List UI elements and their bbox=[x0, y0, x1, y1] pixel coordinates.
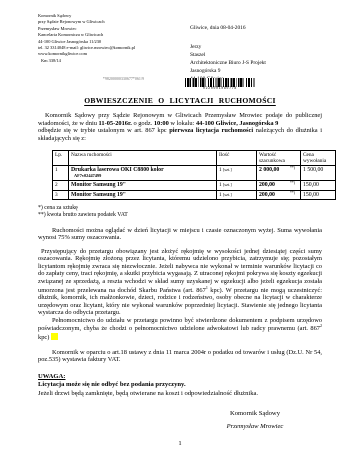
sender-block: Komornik Sądowy przy Sądzie Rejonowym w … bbox=[38, 13, 135, 64]
item-serial: AF7v02447499 bbox=[71, 174, 214, 179]
auction-date: 11-05-2016r. bbox=[99, 120, 132, 127]
item-value: 200,00 bbox=[259, 192, 275, 199]
qty-unit: [szt.] bbox=[223, 182, 232, 187]
cell-value: 200,00**) bbox=[257, 190, 301, 200]
value-note-ref: **) bbox=[290, 167, 295, 174]
case-number: Km 338/14 bbox=[38, 58, 135, 64]
footnotes: *) cena za sztukę **) kwota brutto zawie… bbox=[38, 205, 322, 219]
footnote: **) kwota brutto zawiera podatek VAT bbox=[38, 212, 322, 219]
paragraph-text: Pełnomocnictwo do udziału w przetargu po… bbox=[38, 317, 322, 333]
cell-lp: 3 bbox=[53, 190, 69, 200]
item-value: 2 000,00 bbox=[259, 167, 279, 174]
value-note-ref: **) bbox=[290, 192, 295, 199]
header-price: Cenawywołania bbox=[301, 151, 336, 166]
recipient-line: Architektoniczne Biuro J-S Projekt bbox=[190, 59, 266, 67]
cell-name: Monitor Samsung 19" bbox=[69, 190, 217, 200]
cell-price: 150,00 bbox=[301, 190, 336, 200]
header-name: Nazwa ruchomości bbox=[69, 151, 217, 166]
table-row: 3 Monitor Samsung 19" 1 [szt.] 200,00**)… bbox=[53, 190, 336, 200]
notice-line1: Licytacja może się nie odbyć bez podania… bbox=[38, 381, 322, 389]
value-note-ref: **) bbox=[290, 182, 295, 189]
barcode: 0220001080778 bbox=[185, 78, 255, 90]
paragraph-proxy: Pełnomocnictwo do udziału w przetargu po… bbox=[38, 317, 322, 342]
cell-qty: 1 [szt.] bbox=[217, 180, 257, 190]
goods-table: Lp. Nazwa ruchomości Ilość Wartośćszacun… bbox=[52, 150, 336, 200]
cell-qty: 1 [szt.] bbox=[217, 190, 257, 200]
cell-name: Monitor Samsung 19" bbox=[69, 180, 217, 190]
document-page: Komornik Sądowy przy Sądzie Rejonowym w … bbox=[0, 0, 360, 466]
header-value: Wartośćszacunkowa bbox=[257, 151, 301, 166]
table-row: 1 Drukarka laserowa OKI C8800 kolorAF7v0… bbox=[53, 166, 336, 181]
date-line: Gliwice, dnia 08-04-2016 bbox=[190, 25, 246, 31]
header-lp: Lp. bbox=[53, 151, 69, 166]
item-value: 200,00 bbox=[259, 182, 275, 189]
cell-value: 2 000,00**) bbox=[257, 166, 301, 181]
qty-number: 1 bbox=[219, 192, 222, 198]
highlight-mark bbox=[51, 333, 58, 340]
auction-address: 44-100 Gliwice, Jasnogórska 9 bbox=[196, 120, 278, 127]
notice-line2: Jeżeli drzwi będą zamknięte, będą otwier… bbox=[38, 390, 322, 398]
qty-number: 1 bbox=[219, 182, 222, 188]
document-title: OBWIESZCZENIE O LICYTACJI RUCHOMOŚCI bbox=[0, 96, 360, 105]
document-body: Komornik Sądowy przy Sądzie Rejonowym w … bbox=[38, 112, 322, 398]
recipient-line: Staszel bbox=[190, 51, 266, 59]
header-price-line2: wywołania bbox=[303, 158, 333, 164]
recipient-line: Jasnogórska 9 bbox=[190, 67, 266, 75]
barcode-digits: 0220001080778 bbox=[185, 87, 255, 90]
recipient-line: Jerzy bbox=[190, 43, 266, 51]
notice-title: UWAGA: bbox=[38, 373, 322, 381]
notice-block: UWAGA: Licytacja może się nie odbyć bez … bbox=[38, 373, 322, 398]
signature-role: Komornik Sądowy bbox=[200, 410, 310, 417]
intro-text: w lokalu: bbox=[169, 120, 196, 127]
cell-price: 1 500,00 bbox=[301, 166, 336, 181]
statute-superscript: 2 bbox=[320, 323, 322, 328]
cell-name: Drukarka laserowa OKI C8800 kolorAF7v024… bbox=[69, 166, 217, 181]
header-qty: Ilość bbox=[217, 151, 257, 166]
header-value-line2: szacunkowa bbox=[259, 158, 298, 164]
cell-lp: 1 bbox=[53, 166, 69, 181]
cell-qty: 1 [szt.] bbox=[217, 166, 257, 181]
paragraph-text: kpc) bbox=[38, 334, 49, 341]
signature-name: Przemysław Mrowiec bbox=[195, 423, 315, 430]
table-header-row: Lp. Nazwa ruchomości Ilość Wartośćszacun… bbox=[53, 151, 336, 166]
auction-time: 10:00 bbox=[154, 120, 169, 127]
item-name: Monitor Samsung 19" bbox=[71, 182, 214, 189]
paragraph-deposit: Przystępujący do przetargu obowiązany je… bbox=[38, 248, 322, 317]
cell-price: 150,00 bbox=[301, 180, 336, 190]
page-number: 1 bbox=[0, 440, 360, 447]
qty-unit: [szt.] bbox=[223, 167, 232, 172]
cell-lp: 2 bbox=[53, 180, 69, 190]
table-row: 2 Monitor Samsung 19" 1 [szt.] 200,00**)… bbox=[53, 180, 336, 190]
intro-paragraph: Komornik Sądowy przy Sądzie Rejonowym w … bbox=[38, 112, 322, 142]
cell-value: 200,00**) bbox=[257, 180, 301, 190]
auction-kind: pierwsza licytacja ruchomości bbox=[169, 127, 253, 134]
qty-number: 1 bbox=[219, 167, 222, 173]
qty-unit: [szt.] bbox=[223, 192, 232, 197]
payment-code-line: *98200000330677*061/9 bbox=[103, 77, 144, 81]
paragraph-vat: Komornik w oparciu o art.18 ustawy z dni… bbox=[38, 349, 322, 364]
intro-text: odbędzie się w trybie ustalonym w art. 8… bbox=[38, 127, 169, 134]
intro-text: o godz. bbox=[132, 120, 154, 127]
item-name: Monitor Samsung 19" bbox=[71, 192, 214, 199]
paragraph-viewing: Ruchomości można oglądać w dzień licytac… bbox=[38, 227, 322, 242]
